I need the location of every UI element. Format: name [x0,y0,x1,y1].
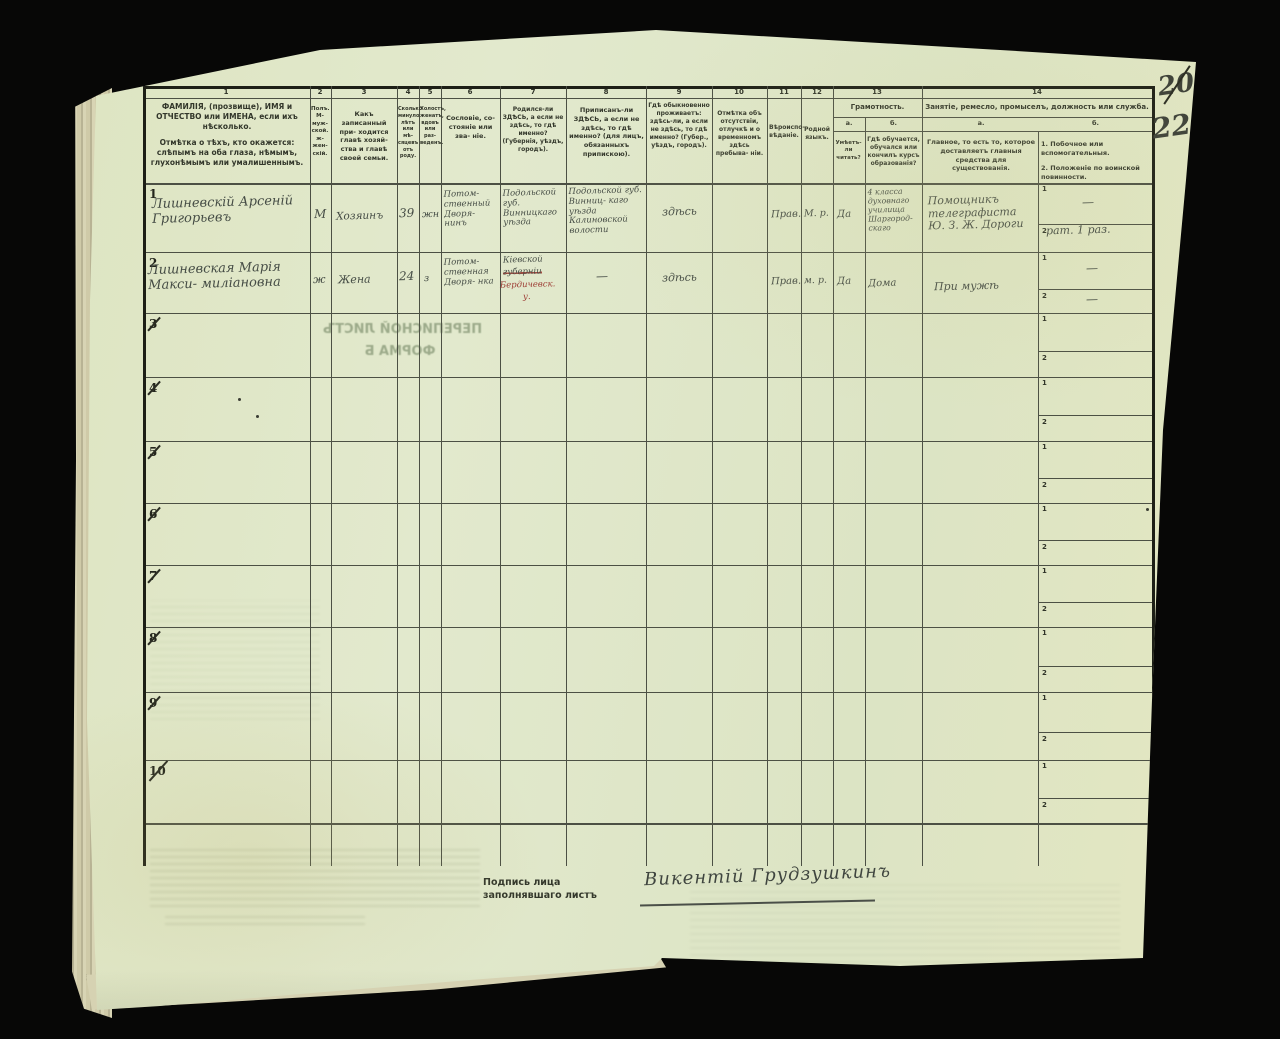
header-col3: Какъ записанный при- ходится главѣ хозяй… [334,110,394,163]
entry-name: Лишневская Марія Макси- миліановна [148,260,309,294]
entry-language: М. р. [804,209,829,221]
row-number-cell: 10 [149,764,166,778]
military-sub-label: 2 [1042,669,1047,677]
header-col14a: Главное, то есть то, которое доставляетъ… [927,138,1035,173]
bleed-paragraph-2 [150,600,320,720]
header-col2: Полъ. М-муж- ской. ж-жен- скій. [311,106,329,158]
grid-line [143,503,1152,504]
grid-line [143,183,1152,185]
entry-education: Дома [868,278,897,290]
header-col12: Родной языкъ. [803,126,831,142]
header-col13-group: Грамотность. [834,103,921,112]
ink-speck [238,398,241,401]
row-number: 9 [149,696,157,710]
military-sub-label: 2 [1042,354,1047,362]
header-col14-group: Занятіе, ремесло, промыселъ, должность и… [924,103,1150,112]
grid-line [143,98,1152,99]
column-number: 5 [415,88,445,96]
entry-resides: здѣсь [662,206,697,220]
entry-age: 39 [399,207,415,221]
military-sub-label: 2 [1042,481,1047,489]
entry-born-line2-struck: губерніи [503,267,542,278]
grid-line [1038,602,1152,603]
grid-line [500,86,501,866]
folio-number: 22 [1150,107,1193,145]
bleed-caption [165,916,365,925]
entry-born-line4-red: у. [523,293,531,303]
grid-line [922,86,923,866]
ink-speck [1146,508,1149,511]
grid-line [1038,540,1152,541]
bleed-paragraph [150,845,480,907]
entry-estate: Потом- ственная Дворя- нка [444,257,499,288]
grid-line [833,131,1152,132]
bleed-paragraph-3 [690,880,1120,970]
header-col1-main: ФАМИЛІЯ, (прозвище), ИМЯ и ОТЧЕСТВО или … [148,102,306,132]
grid-line [1038,798,1152,799]
column-number: 9 [664,88,694,96]
column-number: 3 [349,88,379,96]
grid-line [143,823,1152,825]
military-sub-label: 2 [1042,801,1047,809]
entry-estate: Потом- ственный Дворя- нинъ [443,189,498,229]
row-number-cell: 8 [149,631,157,645]
entry-reads: Да [837,209,851,221]
entry-name: Лишневскій Арсеній Григорьевъ [152,194,305,228]
grid-line [801,86,802,866]
entry-religion: Прав. [771,209,801,221]
header-col14a-label: а. [924,119,1038,128]
military-sub-label: 2 [1042,292,1047,300]
row-number: 4 [149,381,157,395]
row-number: 3 [149,317,157,331]
military-sub-label: 1 [1042,379,1047,387]
military-sub-label: 1 [1042,762,1047,770]
military-sub-label: 1 [1042,694,1047,702]
grid-line [143,313,1152,314]
military-sub-label: 2 [1042,605,1047,613]
entry-born-line1: Кіевской [503,255,543,266]
grid-line [143,692,1152,693]
row-number-cell: 6 [149,507,157,521]
military-sub-label: 2 [1042,735,1047,743]
header-col14b-label: б. [1040,119,1151,128]
entry-military: рат. 1 раз. [1046,223,1150,238]
entry-side-occupation: — [1086,262,1098,276]
grid-line [419,86,420,866]
ink-speck [256,415,259,418]
row-number: 7 [149,569,157,583]
row-number-cell: 9 [149,696,157,710]
entry-language: м. р. [804,276,827,288]
entry-resides: здѣсь [662,272,697,286]
grid-line [1038,666,1152,667]
column-number: 11 [769,88,799,96]
military-sub-label: 1 [1042,443,1047,451]
grid-line [143,86,1155,89]
grid-line [1038,478,1152,479]
column-number: 14 [1022,88,1052,96]
grid-line [1038,351,1152,352]
entry-registered: — [596,270,608,284]
column-number: 8 [591,88,621,96]
header-col13b: Гдѣ обучается, обучался или кончилъ курс… [867,136,920,168]
grid-line [566,86,567,866]
military-sub-label: 2 [1042,543,1047,551]
grid-line [1152,86,1155,866]
column-number: 10 [724,88,754,96]
header-col8: Приписанъ-ли ЗДѢСЬ, а если не здѣсь, то … [569,106,644,159]
military-sub-label: 1 [1042,254,1047,262]
entry-born-line3-red: Бердичевск. [500,280,556,291]
signature-label: Подпись лица заполнявшаго листъ [483,877,638,903]
header-col13a-label: а. [834,119,864,128]
folio-number-old: 20 [1156,68,1196,103]
grid-line [1038,131,1039,866]
military-sub-label: 2 [1042,418,1047,426]
bleed-title-line2: ФОРМА Б [320,344,480,359]
column-number: 13 [862,88,892,96]
entry-occupation: Помощникъ телеграфиста Ю. З. Ж. Дороги [928,193,1037,234]
row-number-cell: 7 [149,569,157,583]
row-number-cell: 5 [149,445,157,459]
row-number: 5 [149,445,157,459]
header-col14b1: 1. Побочное или вспомогательныя. [1041,140,1149,158]
grid-line [1038,732,1152,733]
grid-line [310,86,311,866]
grid-line [143,627,1152,628]
column-number: 1 [211,88,241,96]
military-sub-label: 1 [1042,505,1047,513]
header-col5: Холостъ, женатъ, вдовъ или раз- веденъ. [420,106,440,147]
row-number: 8 [149,631,157,645]
entry-born: Подольской губ. Винницкаго уѣзда [502,188,563,229]
row-number: 6 [149,507,157,521]
grid-line [865,117,866,866]
paper-sheet: ПЕРЕПИСНОЙ ЛИСТЪ ФОРМА Б 121122123124125… [0,0,1280,1039]
census-form-scan: ПЕРЕПИСНОЙ ЛИСТЪ ФОРМА Б 121122123124125… [0,0,1280,1039]
header-col4: Сколько минуло лѣтъ или мѣ- сяцевъ отъ р… [398,106,418,160]
entry-reads: Да [837,276,851,288]
header-col10: Отмѣтка объ отсутствіи, отлучкѣ и о врем… [714,110,765,159]
entry-occupation: При мужѣ [934,279,1034,294]
grid-line [143,760,1152,761]
grid-line [712,86,713,866]
entry-religion: Прав. [771,276,801,288]
entry-marital: жн [422,210,439,221]
grid-line [1038,289,1152,290]
entry-registered: Подольской губ. Винниц- каго уѣзда Калин… [568,186,643,237]
grid-line [833,117,1152,118]
military-sub-label: 1 [1042,185,1047,193]
military-sub-label: 1 [1042,567,1047,575]
military-sub-label: 1 [1042,315,1047,323]
entry-marital: з [424,274,429,285]
grid-line [441,86,442,866]
entry-sex: ж [313,274,326,287]
row-number-cell: 3 [149,317,157,331]
entry-education: 4 класса духовнаго училища Шаргород- ска… [867,187,920,233]
grid-line [767,86,768,866]
grid-line [331,86,332,866]
bleed-title-line1: ПЕРЕПИСНОЙ ЛИСТЪ [290,322,515,337]
header-col6: Сословіе, со- стояніе или зва- ніе. [443,114,498,140]
entry-relation: Жена [338,274,371,287]
grid-line [143,377,1152,378]
header-col1-note: Отмѣтка о тѣхъ, кто окажется: слѣпымъ на… [148,138,306,168]
grid-line [833,86,834,866]
grid-line [143,565,1152,566]
column-number: 7 [518,88,548,96]
military-sub-label: 1 [1042,629,1047,637]
header-col7: Родился-ли ЗДѢСЬ, а если не здѣсь, то гд… [502,106,564,155]
grid-line [1038,415,1152,416]
grid-line [646,86,647,866]
header-col9: Гдѣ обыкновенно проживаетъ: здѣсь-ли, а … [648,102,710,151]
column-number: 12 [802,88,832,96]
entry-relation: Хозяинъ [336,209,383,222]
entry-side-occupation: — [1082,196,1094,210]
grid-line [143,86,146,866]
column-number: 2 [305,88,335,96]
entry-age: 24 [399,270,415,284]
grid-line [143,252,1152,253]
header-col13a: Умѣетъ- ли читать? [834,140,863,162]
entry-military: — [1086,293,1098,307]
header-col11: Вѣроиспо- вѣданіе. [769,124,799,140]
row-number: 10 [149,764,166,778]
column-number: 6 [455,88,485,96]
header-col14b2: 2. Положеніе по воинской повинности. [1041,164,1149,182]
header-col13b-label: б. [866,119,921,128]
grid-line [397,86,398,866]
grid-line [143,441,1152,442]
entry-sex: М [314,208,327,222]
row-number-cell: 4 [149,381,157,395]
